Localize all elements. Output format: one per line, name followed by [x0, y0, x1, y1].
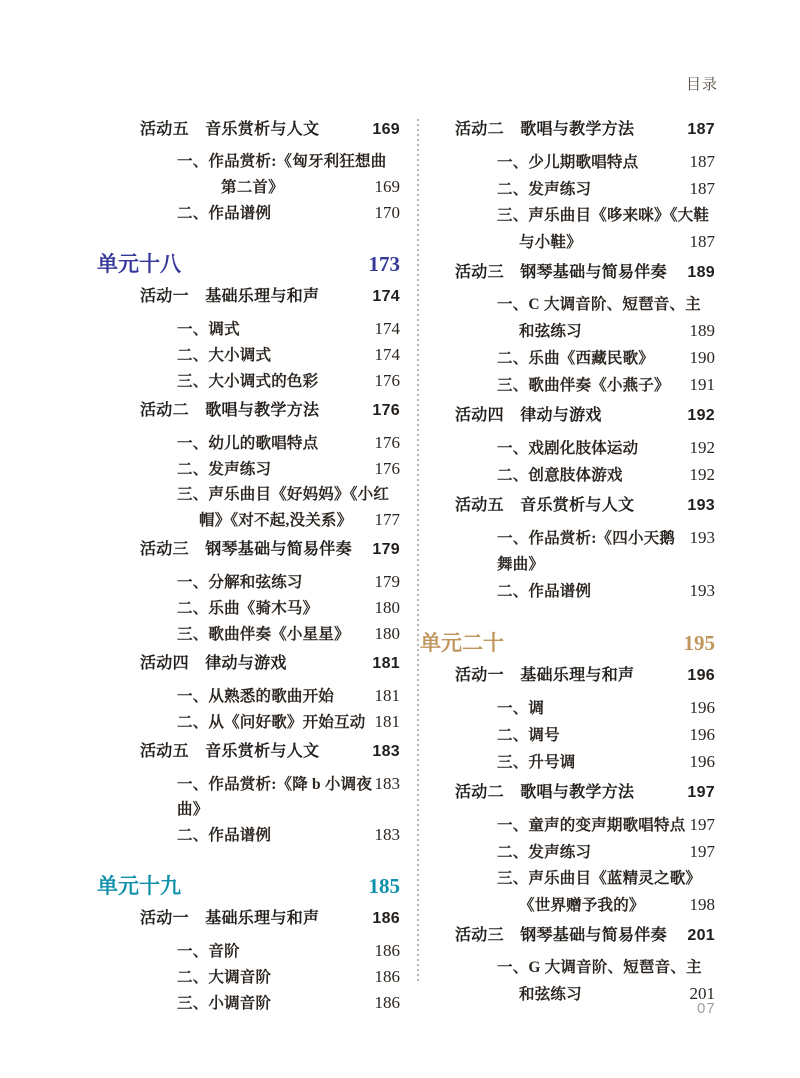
- item-text: 帽》《对不起,没关系》: [199, 508, 352, 533]
- heading-page-ref: 179: [372, 539, 400, 561]
- item-page-ref: 186: [375, 990, 401, 1015]
- toc-item-line: 三、声乐曲目《蓝精灵之歌》: [420, 866, 715, 892]
- toc-item: 二、发声练习187: [420, 176, 715, 203]
- item-page-ref: 187: [690, 229, 716, 255]
- item-page-ref: 169: [375, 174, 401, 199]
- item-text: 二、作品谱例: [177, 201, 271, 226]
- toc-item-line: 二、创意肢体游戏192: [420, 462, 715, 489]
- item-text: 一、分解和弦练习: [177, 570, 303, 595]
- heading-page-ref: 201: [687, 925, 715, 947]
- item-page-ref: 183: [375, 822, 401, 847]
- toc-item: 一、C 大调音阶、短琶音、主和弦练习189: [420, 292, 715, 345]
- activity-heading: 活动二 歌唱与教学方法187: [420, 119, 715, 141]
- toc-item-line: 二、作品谱例193: [420, 578, 715, 605]
- activity-heading: 活动四 律动与游戏181: [97, 653, 400, 675]
- heading-page-ref: 173: [369, 250, 401, 278]
- toc-item-line: 二、乐曲《西藏民歌》190: [420, 345, 715, 372]
- item-page-ref: 191: [690, 372, 716, 398]
- toc-item-line: 一、音阶186: [97, 938, 400, 964]
- toc-item-line: 三、升号调196: [420, 749, 715, 776]
- toc-item-line: 二、作品谱例183: [97, 822, 400, 848]
- heading-text: 活动五 音乐赏析与人文: [140, 119, 319, 141]
- heading-text: 活动三 钢琴基础与简易伴奏: [140, 539, 352, 561]
- toc-item-line: 二、从《问好歌》开始互动181: [97, 709, 400, 735]
- item-page-ref: 180: [375, 595, 401, 620]
- toc-item: 二、作品谱例183: [97, 822, 400, 848]
- item-text: 二、调号: [497, 723, 560, 749]
- toc-item-line: 二、大调音阶186: [97, 964, 400, 990]
- footer-page-number: 07: [697, 1000, 716, 1017]
- item-text: 一、调: [497, 696, 544, 722]
- item-text: 三、小调音阶: [177, 991, 271, 1016]
- item-page-ref: 193: [690, 525, 716, 551]
- activity-heading: 活动一 基础乐理与和声174: [97, 286, 400, 308]
- toc-item: 三、歌曲伴奏《小星星》180: [97, 621, 400, 647]
- toc-item: 一、作品赏析:《四小天鹅舞曲》193: [420, 525, 715, 578]
- item-text: 《世界赠予我的》: [519, 893, 645, 919]
- activity-heading: 活动四 律动与游戏192: [420, 405, 715, 427]
- item-page-ref: 181: [375, 683, 401, 708]
- item-page-ref: 196: [690, 749, 716, 775]
- item-text: 二、大调音阶: [177, 965, 271, 990]
- toc-item-line: 一、作品赏析:《降 b 小调夜曲》183: [97, 771, 400, 822]
- item-text: 二、作品谱例: [497, 579, 591, 605]
- toc-item-line: 三、歌曲伴奏《小星星》180: [97, 621, 400, 647]
- toc-item-line: 二、乐曲《骑木马》180: [97, 595, 400, 621]
- contents-header: 目录: [686, 73, 718, 94]
- heading-page-ref: 197: [687, 782, 715, 804]
- toc-item-line: 二、发声练习197: [420, 839, 715, 866]
- heading-page-ref: 193: [687, 495, 715, 517]
- toc-item-line: 和弦练习201: [420, 981, 715, 1008]
- heading-text: 活动二 歌唱与教学方法: [455, 782, 634, 804]
- toc-item-line: 三、声乐曲目《哆来咪》《大鞋: [420, 203, 715, 229]
- activity-heading: 活动二 歌唱与教学方法197: [420, 782, 715, 804]
- item-page-ref: 189: [690, 318, 716, 344]
- item-text: 第二首》: [221, 175, 284, 200]
- activity-heading: 活动三 钢琴基础与简易伴奏179: [97, 539, 400, 561]
- item-page-ref: 186: [375, 964, 401, 989]
- toc-item-line: 一、C 大调音阶、短琶音、主: [420, 292, 715, 318]
- activity-heading: 活动三 钢琴基础与简易伴奏189: [420, 262, 715, 284]
- heading-text: 单元十八: [97, 250, 181, 278]
- unit-heading: 单元十九185: [97, 872, 400, 900]
- item-text: 一、G 大调音阶、短琶音、主: [497, 955, 702, 981]
- toc-item: 一、戏剧化肢体运动192: [420, 435, 715, 462]
- toc-item: 三、小调音阶186: [97, 990, 400, 1016]
- toc-item: 一、G 大调音阶、短琶音、主和弦练习201: [420, 955, 715, 1008]
- item-text: 一、C 大调音阶、短琶音、主: [497, 292, 701, 318]
- item-page-ref: 183: [375, 771, 401, 796]
- heading-text: 活动二 歌唱与教学方法: [140, 400, 319, 422]
- toc-column-left: 活动五 音乐赏析与人文169一、作品赏析:《匈牙利狂想曲第二首》169二、作品谱…: [97, 113, 400, 1016]
- toc-item: 二、大小调式174: [97, 342, 400, 368]
- item-text: 一、调式: [177, 317, 240, 342]
- heading-text: 活动五 音乐赏析与人文: [455, 495, 634, 517]
- toc-item: 二、作品谱例170: [97, 200, 400, 226]
- item-page-ref: 177: [375, 507, 401, 532]
- item-text: 二、创意肢体游戏: [497, 463, 623, 489]
- toc-item: 一、音阶186: [97, 938, 400, 964]
- item-page-ref: 197: [690, 812, 716, 838]
- item-text: 二、乐曲《骑木马》: [177, 596, 318, 621]
- activity-heading: 活动一 基础乐理与和声186: [97, 908, 400, 930]
- item-text: 二、从《问好歌》开始互动: [177, 710, 365, 735]
- item-text: 三、歌曲伴奏《小燕子》: [497, 373, 670, 399]
- heading-text: 活动一 基础乐理与和声: [140, 908, 319, 930]
- item-text: 二、乐曲《西藏民歌》: [497, 346, 654, 372]
- heading-page-ref: 195: [684, 629, 716, 657]
- item-text: 三、升号调: [497, 750, 576, 776]
- item-page-ref: 193: [690, 578, 716, 604]
- toc-item-line: 第二首》169: [97, 174, 400, 200]
- item-text: 二、大小调式: [177, 343, 271, 368]
- heading-page-ref: 174: [372, 286, 400, 308]
- toc-item: 一、从熟悉的歌曲开始181: [97, 683, 400, 709]
- heading-text: 活动三 钢琴基础与简易伴奏: [455, 262, 667, 284]
- item-page-ref: 174: [375, 342, 401, 367]
- item-page-ref: 176: [375, 430, 401, 455]
- toc-item-line: 二、作品谱例170: [97, 200, 400, 226]
- item-page-ref: 187: [690, 149, 716, 175]
- heading-text: 活动二 歌唱与教学方法: [455, 119, 634, 141]
- item-text: 二、发声练习: [497, 177, 591, 203]
- item-text: 三、声乐曲目《蓝精灵之歌》: [497, 866, 701, 892]
- item-text: 一、作品赏析:《匈牙利狂想曲: [177, 149, 386, 174]
- toc-item: 三、声乐曲目《哆来咪》《大鞋与小鞋》187: [420, 203, 715, 256]
- toc-item-line: 三、小调音阶186: [97, 990, 400, 1016]
- toc-item-line: 二、调号196: [420, 722, 715, 749]
- toc-page: 目录 活动五 音乐赏析与人文169一、作品赏析:《匈牙利狂想曲第二首》169二、…: [0, 0, 800, 1078]
- item-page-ref: 176: [375, 368, 401, 393]
- toc-item-line: 与小鞋》187: [420, 229, 715, 256]
- heading-text: 单元十九: [97, 872, 181, 900]
- toc-item-line: 《世界赠予我的》198: [420, 892, 715, 919]
- heading-text: 活动三 钢琴基础与简易伴奏: [455, 925, 667, 947]
- toc-item-line: 和弦练习189: [420, 318, 715, 345]
- toc-item-line: 一、分解和弦练习179: [97, 569, 400, 595]
- toc-item-line: 一、少儿期歌唱特点187: [420, 149, 715, 176]
- item-page-ref: 186: [375, 938, 401, 963]
- toc-item: 一、幼儿的歌唱特点176: [97, 430, 400, 456]
- item-page-ref: 181: [375, 709, 401, 734]
- toc-item: 三、声乐曲目《蓝精灵之歌》《世界赠予我的》198: [420, 866, 715, 919]
- heading-page-ref: 176: [372, 400, 400, 422]
- toc-item: 二、发声练习197: [420, 839, 715, 866]
- activity-heading: 活动五 音乐赏析与人文183: [97, 741, 400, 763]
- toc-item: 一、分解和弦练习179: [97, 569, 400, 595]
- toc-item: 三、歌曲伴奏《小燕子》191: [420, 372, 715, 399]
- toc-item-line: 一、调196: [420, 695, 715, 722]
- heading-text: 活动四 律动与游戏: [455, 405, 602, 427]
- item-page-ref: 196: [690, 695, 716, 721]
- toc-item: 二、大调音阶186: [97, 964, 400, 990]
- activity-heading: 活动三 钢琴基础与简易伴奏201: [420, 925, 715, 947]
- toc-item-line: 二、发声练习187: [420, 176, 715, 203]
- heading-page-ref: 169: [372, 119, 400, 141]
- item-page-ref: 176: [375, 456, 401, 481]
- toc-item: 一、作品赏析:《降 b 小调夜曲》183: [97, 771, 400, 822]
- item-page-ref: 192: [690, 462, 716, 488]
- heading-page-ref: 192: [687, 405, 715, 427]
- activity-heading: 活动二 歌唱与教学方法176: [97, 400, 400, 422]
- item-text: 二、发声练习: [177, 457, 271, 482]
- heading-page-ref: 196: [687, 665, 715, 687]
- toc-item: 二、作品谱例193: [420, 578, 715, 605]
- heading-page-ref: 187: [687, 119, 715, 141]
- activity-heading: 活动一 基础乐理与和声196: [420, 665, 715, 687]
- toc-item-line: 三、声乐曲目《好妈妈》《小红: [97, 482, 400, 507]
- heading-page-ref: 183: [372, 741, 400, 763]
- heading-text: 活动四 律动与游戏: [140, 653, 287, 675]
- item-page-ref: 187: [690, 176, 716, 202]
- heading-page-ref: 186: [372, 908, 400, 930]
- item-text: 二、发声练习: [497, 840, 591, 866]
- heading-text: 活动一 基础乐理与和声: [455, 665, 634, 687]
- item-text: 一、从熟悉的歌曲开始: [177, 684, 334, 709]
- heading-text: 活动五 音乐赏析与人文: [140, 741, 319, 763]
- toc-item: 一、少儿期歌唱特点187: [420, 149, 715, 176]
- toc-item-line: 二、大小调式174: [97, 342, 400, 368]
- heading-page-ref: 181: [372, 653, 400, 675]
- item-page-ref: 174: [375, 316, 401, 341]
- toc-item-line: 一、童声的变声期歌唱特点197: [420, 812, 715, 839]
- item-text: 三、歌曲伴奏《小星星》: [177, 622, 350, 647]
- item-text: 一、幼儿的歌唱特点: [177, 431, 318, 456]
- toc-item-line: 一、幼儿的歌唱特点176: [97, 430, 400, 456]
- toc-item: 二、调号196: [420, 722, 715, 749]
- toc-item: 三、升号调196: [420, 749, 715, 776]
- toc-item: 二、创意肢体游戏192: [420, 462, 715, 489]
- toc-item: 二、发声练习176: [97, 456, 400, 482]
- toc-item-line: 一、从熟悉的歌曲开始181: [97, 683, 400, 709]
- item-page-ref: 179: [375, 569, 401, 594]
- unit-heading: 单元二十195: [420, 629, 715, 657]
- activity-heading: 活动五 音乐赏析与人文169: [97, 119, 400, 141]
- heading-text: 单元二十: [420, 629, 504, 657]
- toc-item-line: 一、作品赏析:《四小天鹅舞曲》193: [420, 525, 715, 578]
- toc-item: 一、调196: [420, 695, 715, 722]
- toc-item: 二、乐曲《西藏民歌》190: [420, 345, 715, 372]
- toc-item-line: 二、发声练习176: [97, 456, 400, 482]
- heading-text: 活动一 基础乐理与和声: [140, 286, 319, 308]
- item-text: 三、声乐曲目《哆来咪》《大鞋: [497, 203, 709, 229]
- column-divider: [417, 119, 419, 983]
- item-text: 和弦练习: [519, 982, 582, 1008]
- toc-item-line: 一、G 大调音阶、短琶音、主: [420, 955, 715, 981]
- item-text: 三、大小调式的色彩: [177, 369, 318, 394]
- unit-heading: 单元十八173: [97, 250, 400, 278]
- toc-item-line: 三、大小调式的色彩176: [97, 368, 400, 394]
- toc-item: 二、从《问好歌》开始互动181: [97, 709, 400, 735]
- item-text: 和弦练习: [519, 319, 582, 345]
- toc-item: 一、调式174: [97, 316, 400, 342]
- toc-item-line: 一、作品赏析:《匈牙利狂想曲: [97, 149, 400, 174]
- toc-item: 三、声乐曲目《好妈妈》《小红帽》《对不起,没关系》177: [97, 482, 400, 533]
- item-page-ref: 197: [690, 839, 716, 865]
- item-text: 一、作品赏析:《四小天鹅舞曲》: [497, 526, 690, 578]
- toc-item: 二、乐曲《骑木马》180: [97, 595, 400, 621]
- item-page-ref: 170: [375, 200, 401, 225]
- item-page-ref: 198: [690, 892, 716, 918]
- item-page-ref: 196: [690, 722, 716, 748]
- toc-item: 一、作品赏析:《匈牙利狂想曲第二首》169: [97, 149, 400, 200]
- item-text: 三、声乐曲目《好妈妈》《小红: [177, 482, 389, 507]
- toc-item-line: 帽》《对不起,没关系》177: [97, 507, 400, 533]
- toc-item-line: 一、调式174: [97, 316, 400, 342]
- item-text: 一、戏剧化肢体运动: [497, 436, 638, 462]
- item-page-ref: 192: [690, 435, 716, 461]
- toc-item-line: 三、歌曲伴奏《小燕子》191: [420, 372, 715, 399]
- toc-item-line: 一、戏剧化肢体运动192: [420, 435, 715, 462]
- item-text: 一、童声的变声期歌唱特点: [497, 813, 685, 839]
- toc-item: 三、大小调式的色彩176: [97, 368, 400, 394]
- toc-item: 一、童声的变声期歌唱特点197: [420, 812, 715, 839]
- item-page-ref: 190: [690, 345, 716, 371]
- item-page-ref: 180: [375, 621, 401, 646]
- item-text: 与小鞋》: [519, 230, 582, 256]
- heading-page-ref: 185: [369, 872, 401, 900]
- item-text: 二、作品谱例: [177, 823, 271, 848]
- item-text: 一、少儿期歌唱特点: [497, 150, 638, 176]
- item-text: 一、音阶: [177, 939, 240, 964]
- heading-page-ref: 189: [687, 262, 715, 284]
- activity-heading: 活动五 音乐赏析与人文193: [420, 495, 715, 517]
- toc-column-right: 活动二 歌唱与教学方法187一、少儿期歌唱特点187二、发声练习187三、声乐曲…: [420, 113, 715, 1008]
- item-text: 一、作品赏析:《降 b 小调夜曲》: [177, 772, 375, 822]
